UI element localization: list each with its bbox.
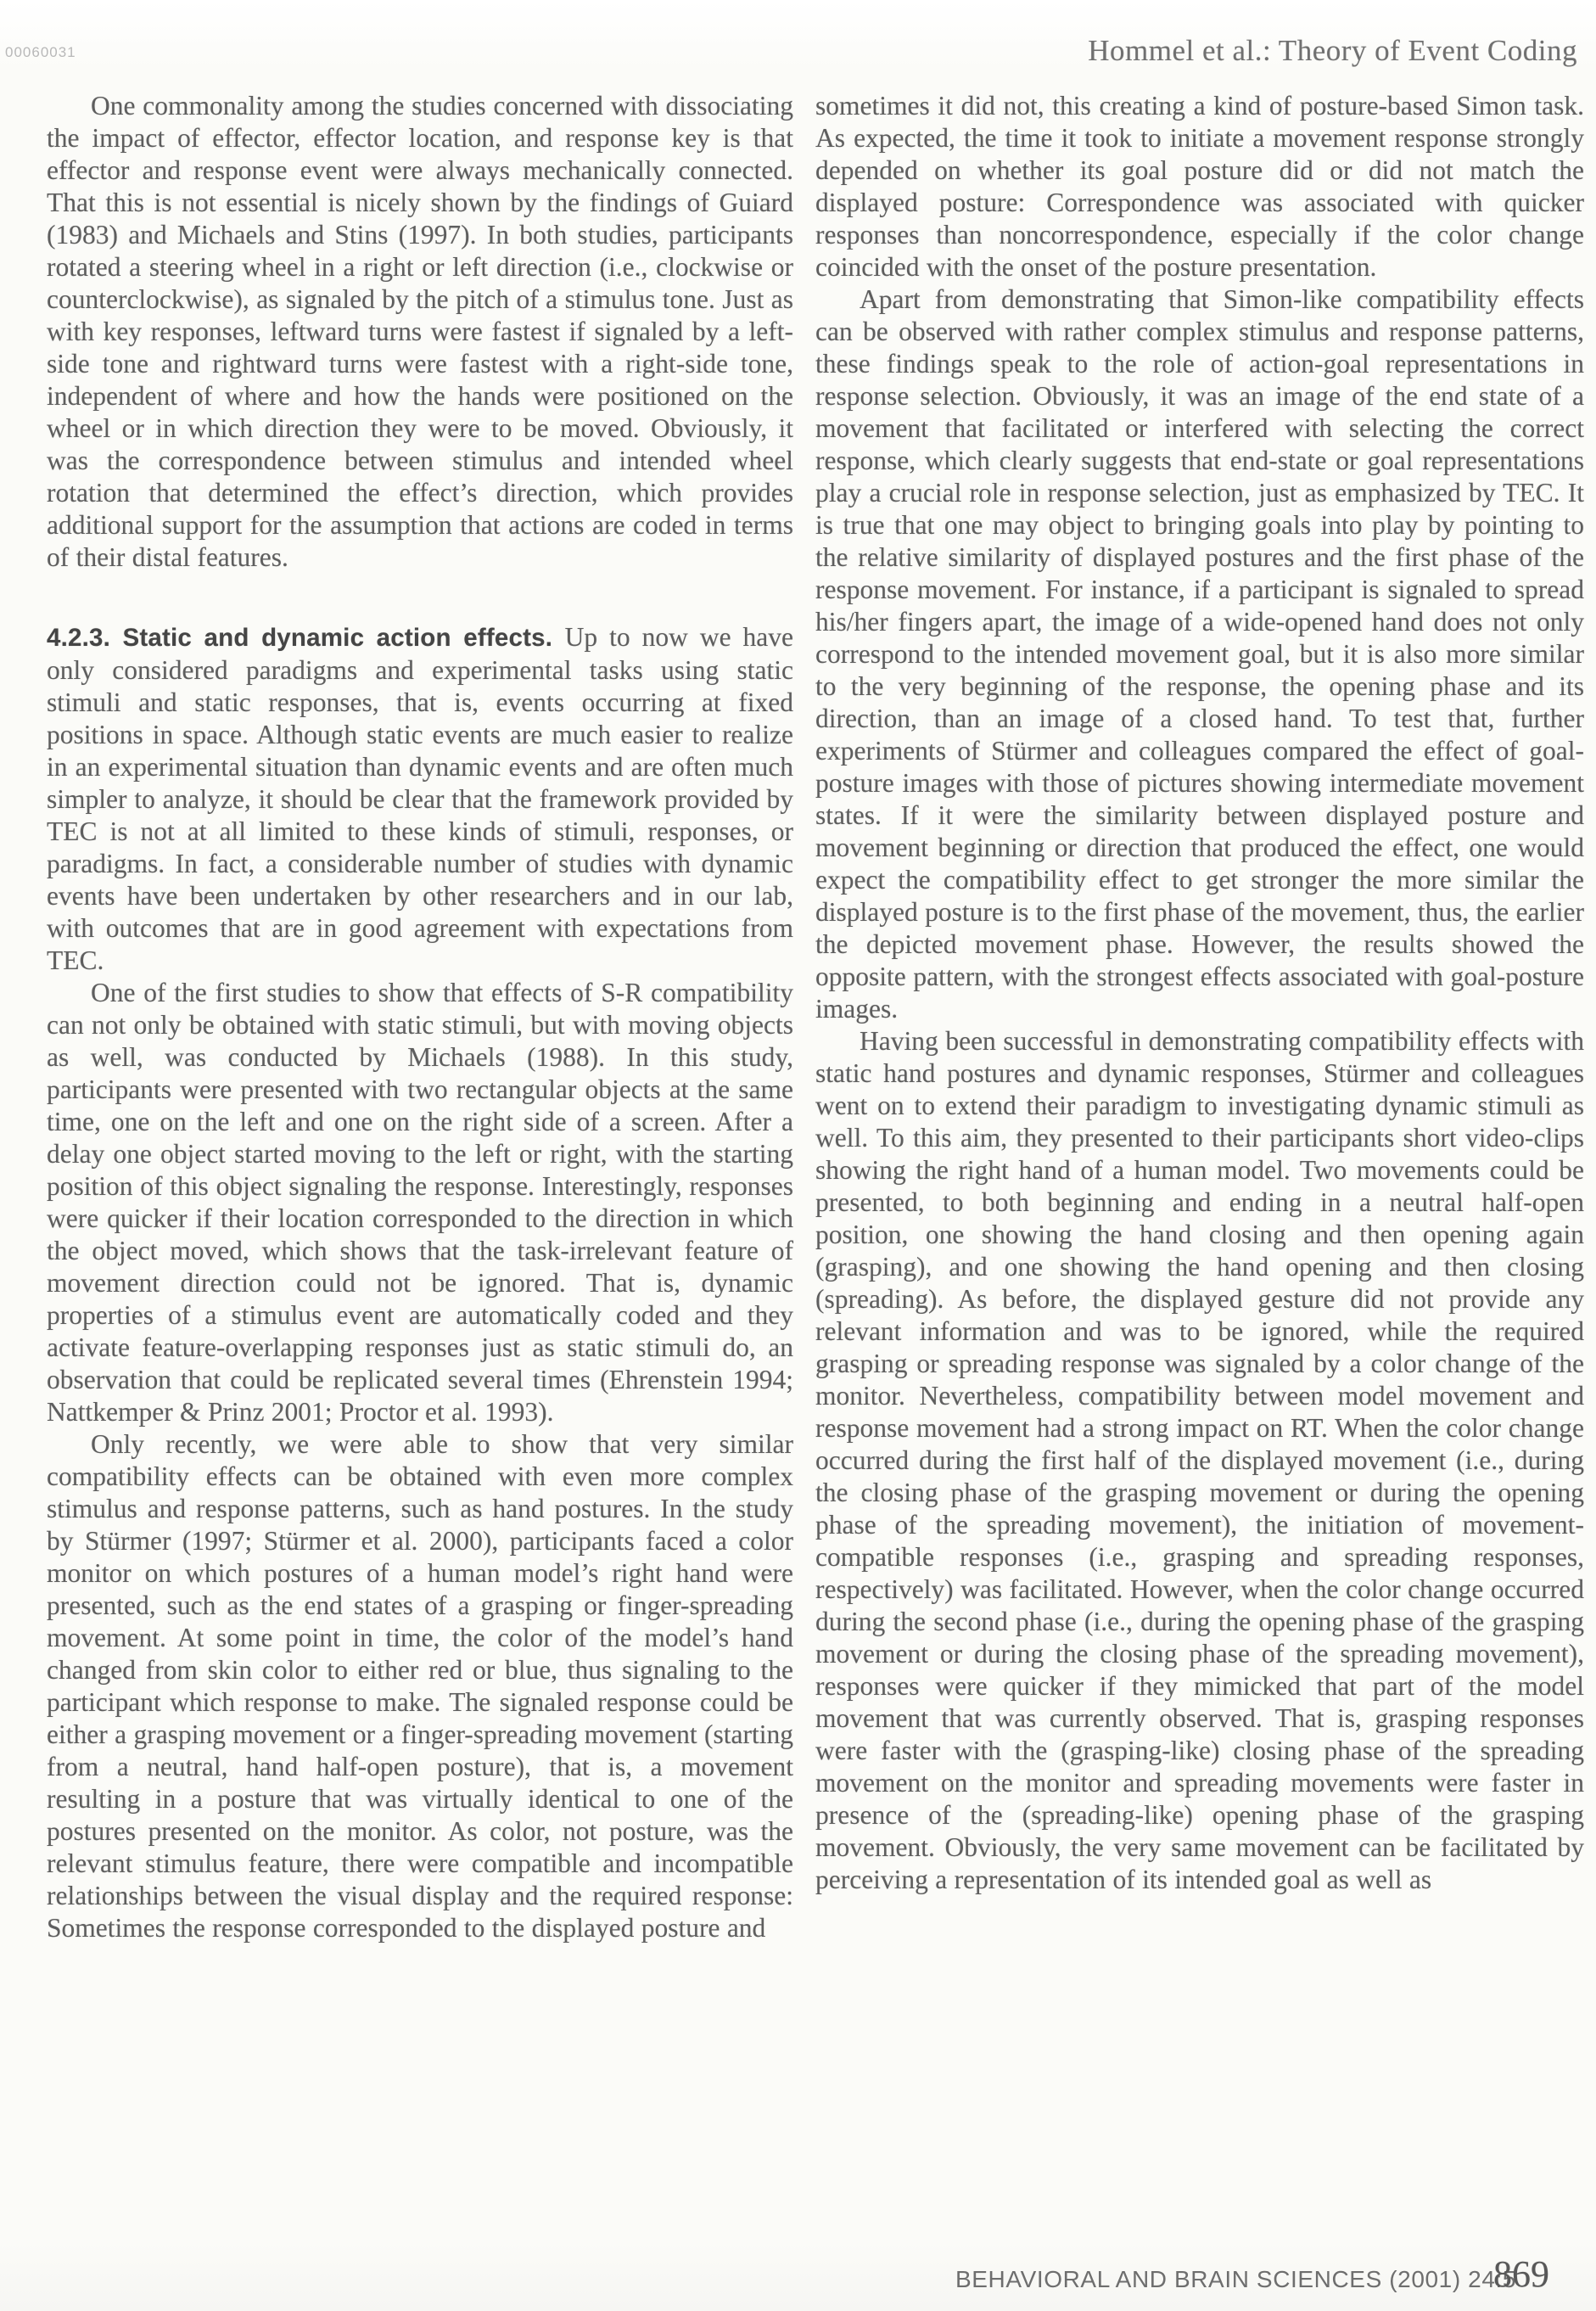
section-paragraph: 4.2.3. Static and dynamic action effects… <box>47 621 793 977</box>
body-paragraph: Having been successful in demonstrating … <box>815 1025 1584 1896</box>
running-head: Hommel et al.: Theory of Event Coding <box>1088 34 1577 68</box>
footer-page-number: 869 <box>1493 2252 1549 2296</box>
body-paragraph: One of the first studies to show that ef… <box>47 977 793 1428</box>
right-column: sometimes it did not, this creating a ki… <box>815 90 1584 1944</box>
scanned-journal-page: 00060031 Hommel et al.: Theory of Event … <box>0 0 1596 2311</box>
left-column: One commonality among the studies concer… <box>47 90 793 1944</box>
scan-id-number: 00060031 <box>5 44 76 61</box>
body-paragraph: Only recently, we were able to show that… <box>47 1428 793 1944</box>
body-paragraph: Apart from demonstrating that Simon-like… <box>815 283 1584 1025</box>
body-paragraph: One commonality among the studies concer… <box>47 90 793 574</box>
body-paragraph: sometimes it did not, this creating a ki… <box>815 90 1584 283</box>
two-column-text-block: One commonality among the studies concer… <box>47 90 1584 1944</box>
footer-journal-citation: BEHAVIORAL AND BRAIN SCIENCES (2001) 24:… <box>955 2266 1516 2293</box>
section-heading: 4.2.3. Static and dynamic action effects… <box>47 624 565 652</box>
